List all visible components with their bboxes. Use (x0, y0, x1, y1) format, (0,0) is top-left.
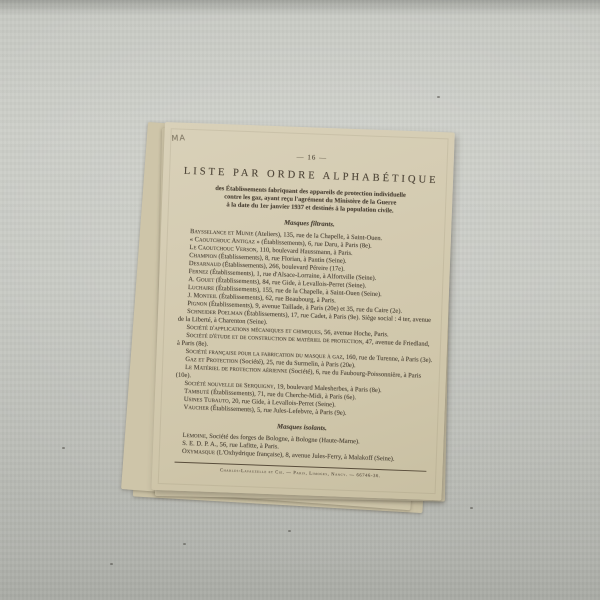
pencil-annotation: MA (171, 133, 186, 143)
entry-name: Champion (189, 252, 217, 260)
dust-speck (437, 96, 440, 98)
entry-name: Pignon (187, 300, 207, 308)
document-page: MA — 16 — LISTE PAR ORDRE ALPHABÉTIQUE d… (152, 122, 455, 500)
filtering-masks-list: Baysselance et Munie (Ateliers), 135, ru… (174, 228, 437, 421)
dust-speck (62, 447, 65, 449)
isolating-masks-list: Lemoine, Société des forges de Bologne, … (173, 432, 430, 465)
photo-of-document: MA — 16 — LISTE PAR ORDRE ALPHABÉTIQUE d… (0, 0, 600, 600)
entry-name: A. Gouet (188, 276, 214, 284)
page-content: MA — 16 — LISTE PAR ORDRE ALPHABÉTIQUE d… (152, 122, 455, 500)
dust-speck (183, 543, 186, 545)
page-subtitle: des Établissements fabriquant des appare… (182, 184, 439, 217)
paper-stack: MA — 16 — LISTE PAR ORDRE ALPHABÉTIQUE d… (150, 120, 452, 495)
dust-speck (110, 563, 113, 565)
page-title: LISTE PAR ORDRE ALPHABÉTIQUE (183, 166, 439, 186)
dust-speck (288, 530, 291, 532)
page-number: — 16 — (184, 149, 440, 166)
entry-name: Lemoine (182, 432, 206, 440)
entry-name: Vaucher (183, 404, 209, 412)
entry-name: Fernez (188, 268, 208, 276)
entry-name: J. Monteil (188, 292, 218, 300)
entry-name: Oxymasque (182, 448, 215, 456)
dust-speck (470, 507, 473, 509)
entry-name: Tambuté (184, 388, 209, 396)
entry-name: Luchaire (188, 284, 214, 292)
entry-name: Desarnaud (189, 260, 221, 268)
entry-name: S. E. D. P. A. (182, 440, 216, 448)
printer-imprint: Charles-Lavauzelle et Cie. — Paris, Limo… (172, 466, 428, 480)
